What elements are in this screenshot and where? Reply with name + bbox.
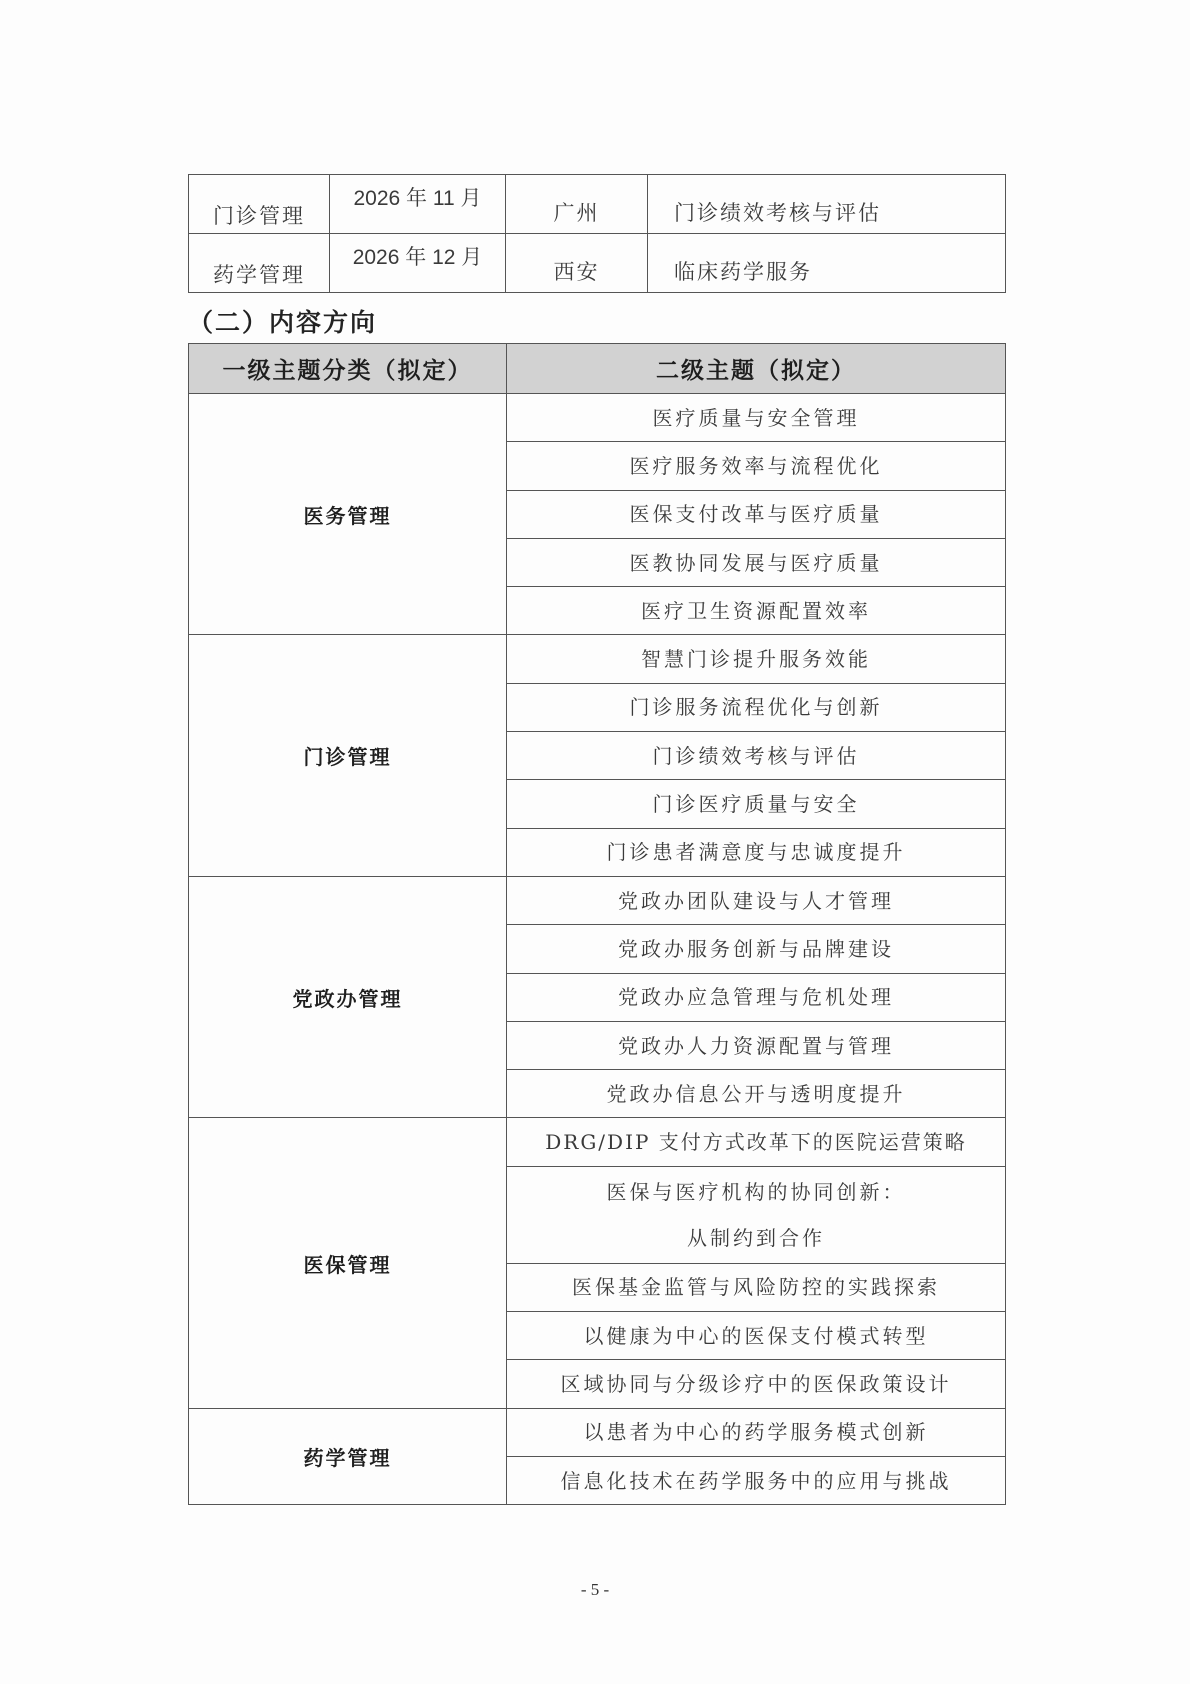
- column-header-primary: 一级主题分类（拟定）: [189, 344, 507, 394]
- page-number: - 5 -: [0, 1580, 1190, 1600]
- category-cell: 药学管理: [189, 234, 330, 293]
- subtopic-line: 医保与医疗机构的协同创新：: [507, 1169, 1005, 1215]
- subtopic-cell: 医疗服务效率与流程优化: [507, 442, 1006, 490]
- table-row: 药学管理 2026 年 12 月 西安 临床药学服务: [189, 234, 1006, 293]
- primary-category-cell: 党政办管理: [189, 876, 507, 1117]
- subtopic-cell: 门诊服务流程优化与创新: [507, 683, 1006, 731]
- topic-cell: 门诊绩效考核与评估: [648, 175, 1006, 234]
- subtopic-cell: 医教协同发展与医疗质量: [507, 538, 1006, 586]
- subtopic-cell: 信息化技术在药学服务中的应用与挑战: [507, 1456, 1006, 1504]
- subtopic-cell: 党政办人力资源配置与管理: [507, 1021, 1006, 1069]
- city-cell: 广州: [506, 175, 648, 234]
- city-cell: 西安: [506, 234, 648, 293]
- subtopic-cell: 门诊医疗质量与安全: [507, 780, 1006, 828]
- subtopic-cell: 医保支付改革与医疗质量: [507, 490, 1006, 538]
- section-heading: （二）内容方向: [188, 303, 377, 339]
- subtopic-cell-multiline: 医保与医疗机构的协同创新： 从制约到合作: [507, 1166, 1006, 1263]
- table-row: 党政办管理 党政办团队建设与人才管理: [189, 876, 1006, 924]
- schedule-table: 门诊管理 2026 年 11 月 广州 门诊绩效考核与评估 药学管理 2026 …: [188, 174, 1006, 293]
- category-cell: 门诊管理: [189, 175, 330, 234]
- subtopic-cell: DRG/DIP 支付方式改革下的医院运营策略: [507, 1118, 1006, 1166]
- date-cell: 2026 年 11 月: [330, 175, 506, 234]
- table-row: 医务管理 医疗质量与安全管理: [189, 394, 1006, 442]
- primary-category-cell: 药学管理: [189, 1408, 507, 1505]
- subtopic-cell: 以患者为中心的药学服务模式创新: [507, 1408, 1006, 1456]
- subtopic-cell: 党政办团队建设与人才管理: [507, 876, 1006, 924]
- primary-category-cell: 门诊管理: [189, 635, 507, 876]
- table-row: 医保管理 DRG/DIP 支付方式改革下的医院运营策略: [189, 1118, 1006, 1166]
- subtopic-line: 从制约到合作: [507, 1215, 1005, 1261]
- subtopic-cell: 党政办信息公开与透明度提升: [507, 1070, 1006, 1118]
- subtopic-cell: 以健康为中心的医保支付模式转型: [507, 1312, 1006, 1360]
- table-row: 门诊管理 智慧门诊提升服务效能: [189, 635, 1006, 683]
- table-row: 门诊管理 2026 年 11 月 广州 门诊绩效考核与评估: [189, 175, 1006, 234]
- subtopic-cell: 医疗卫生资源配置效率: [507, 587, 1006, 635]
- subtopic-cell: 门诊绩效考核与评估: [507, 732, 1006, 780]
- subtopic-cell: 门诊患者满意度与忠诚度提升: [507, 828, 1006, 876]
- subtopic-cell: 党政办服务创新与品牌建设: [507, 925, 1006, 973]
- subtopic-cell: 党政办应急管理与危机处理: [507, 973, 1006, 1021]
- date-cell: 2026 年 12 月: [330, 234, 506, 293]
- subtopic-cell: 区域协同与分级诊疗中的医保政策设计: [507, 1360, 1006, 1408]
- primary-category-cell: 医务管理: [189, 394, 507, 635]
- document-page: 门诊管理 2026 年 11 月 广州 门诊绩效考核与评估 药学管理 2026 …: [0, 0, 1190, 1684]
- header-row: 一级主题分类（拟定） 二级主题（拟定）: [189, 344, 1006, 394]
- topic-cell: 临床药学服务: [648, 234, 1006, 293]
- subtopic-cell: 医疗质量与安全管理: [507, 394, 1006, 442]
- column-header-secondary: 二级主题（拟定）: [507, 344, 1006, 394]
- subtopic-cell: 智慧门诊提升服务效能: [507, 635, 1006, 683]
- topics-table: 一级主题分类（拟定） 二级主题（拟定） 医务管理 医疗质量与安全管理 医疗服务效…: [188, 343, 1006, 1505]
- primary-category-cell: 医保管理: [189, 1118, 507, 1408]
- table-row: 药学管理 以患者为中心的药学服务模式创新: [189, 1408, 1006, 1456]
- subtopic-cell: 医保基金监管与风险防控的实践探索: [507, 1263, 1006, 1311]
